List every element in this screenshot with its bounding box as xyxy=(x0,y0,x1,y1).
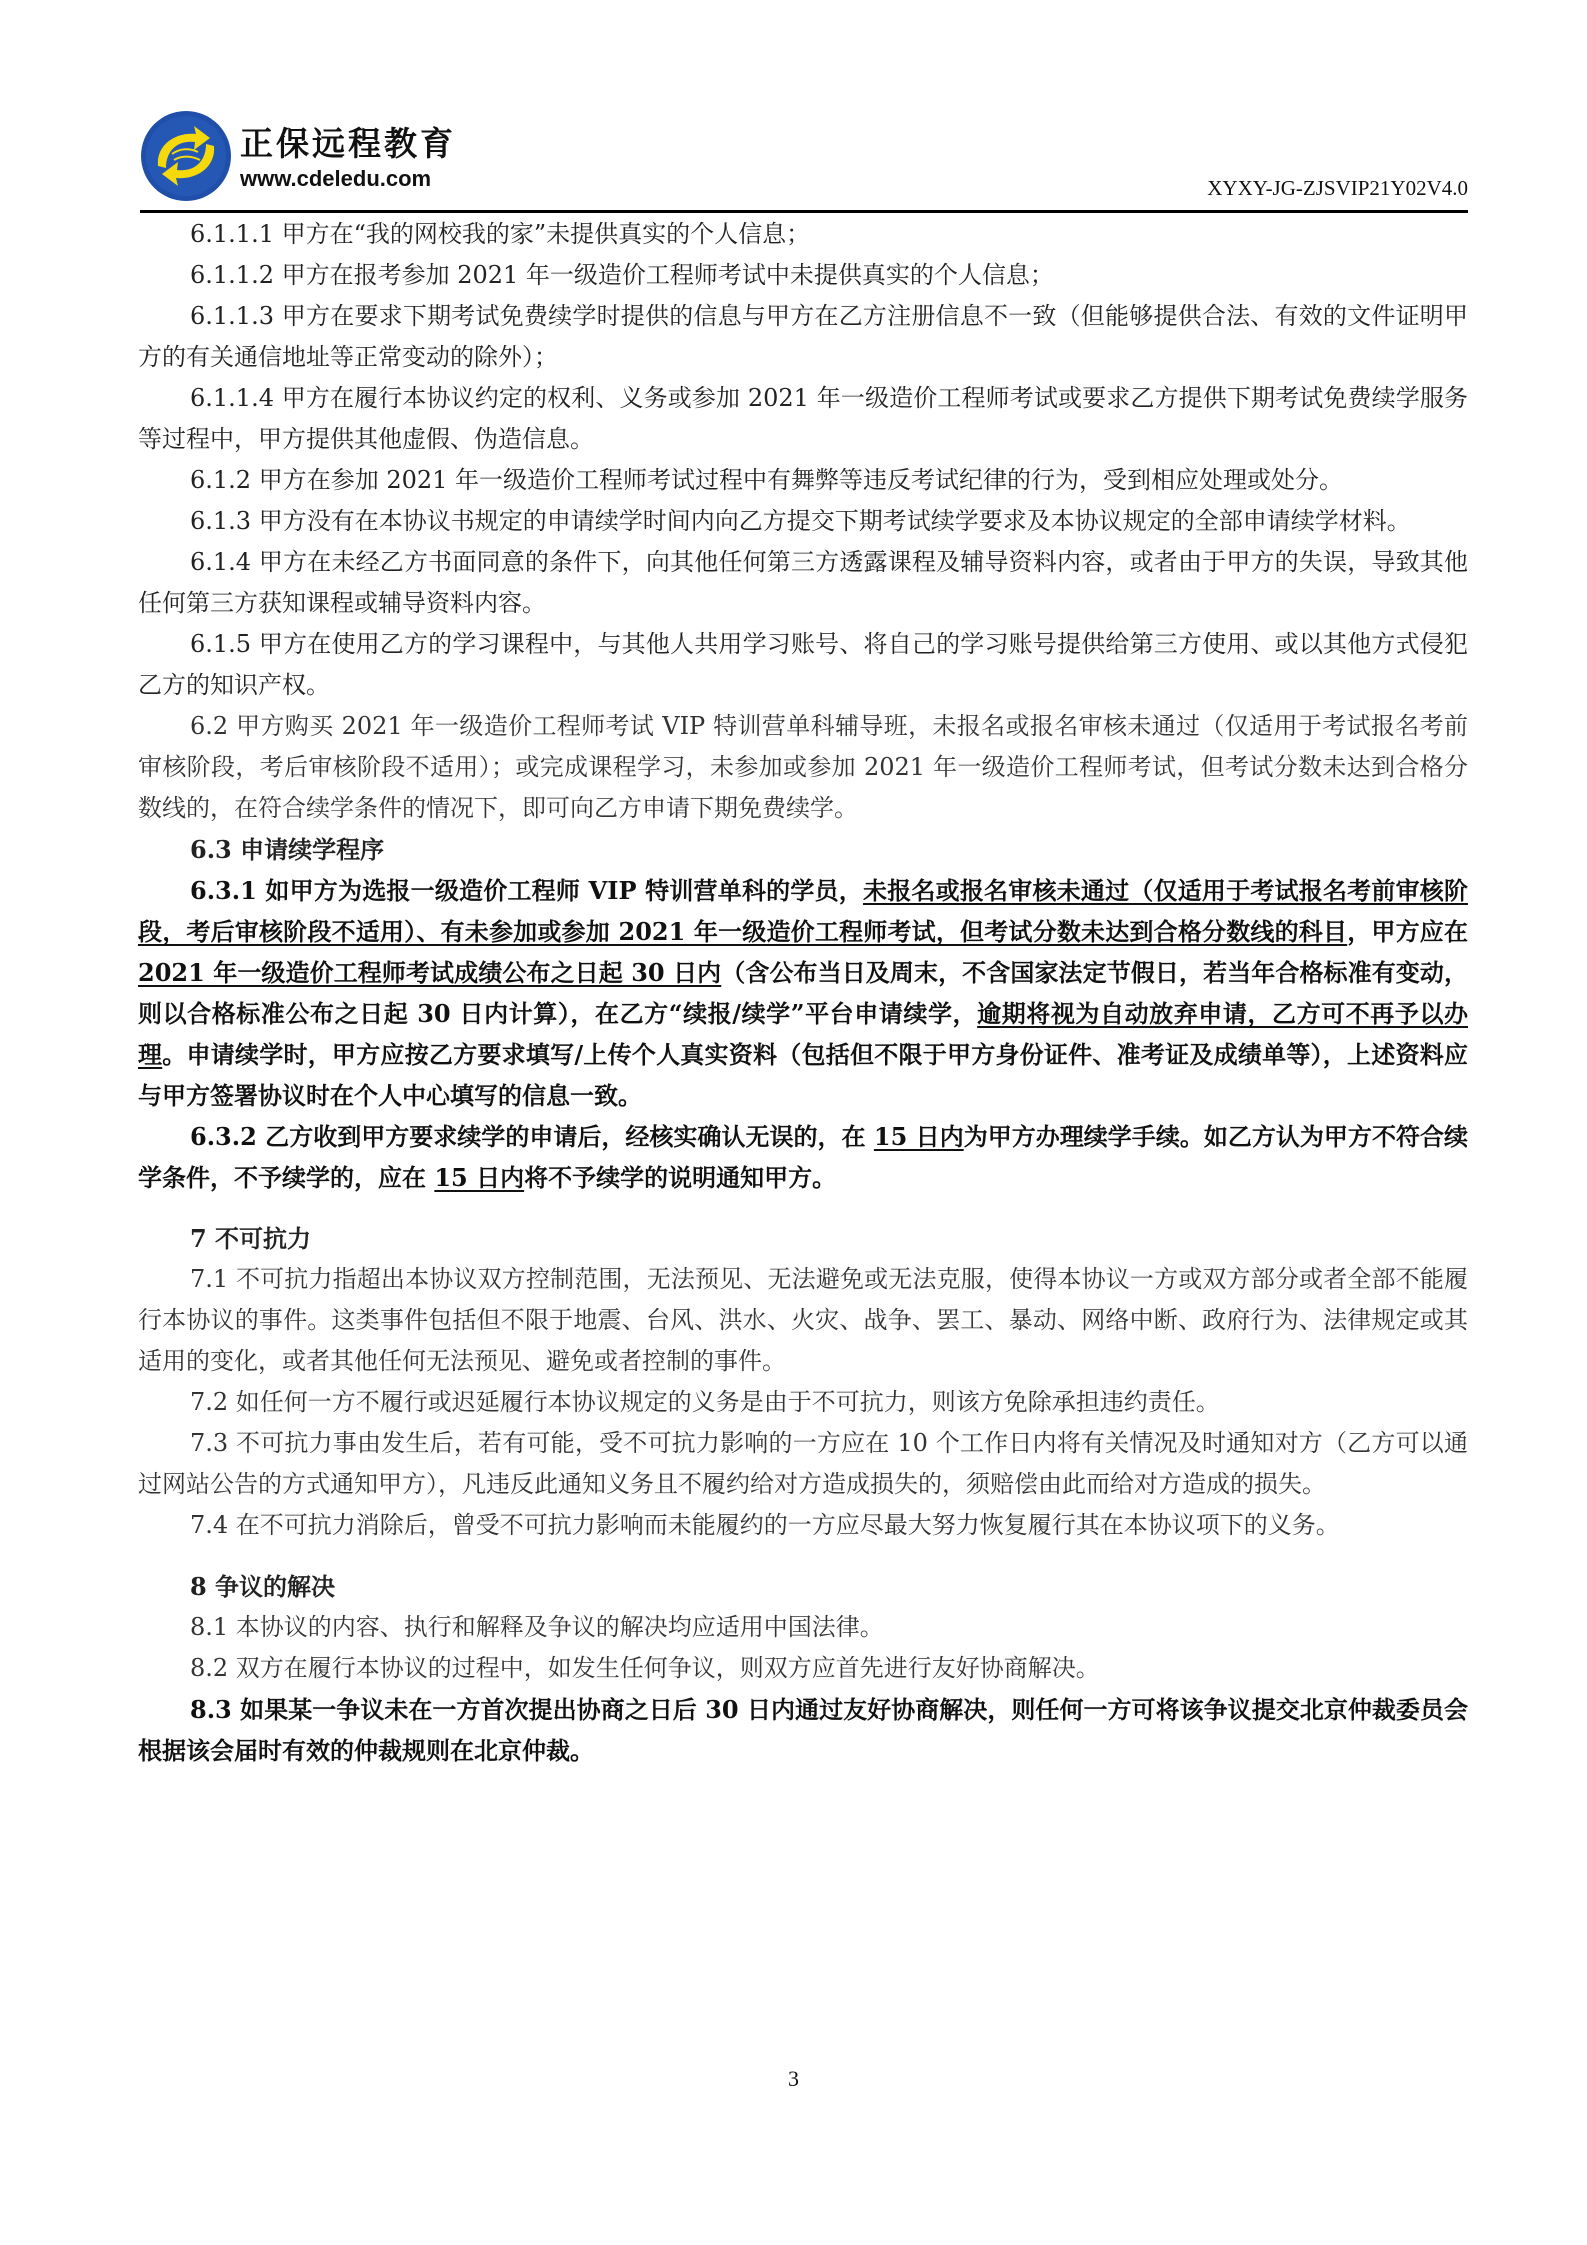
clause-6-1-5: 6.1.5 甲方在使用乙方的学习课程中，与其他人共用学习账号、将自己的学习账号提… xyxy=(138,624,1468,706)
cdel-swirl-logo-icon xyxy=(140,110,232,202)
clause-7-3: 7.3 不可抗力事由发生后，若有可能，受不可抗力影响的一方应在 10 个工作日内… xyxy=(138,1423,1468,1505)
clause-6-1-2: 6.1.2 甲方在参加 2021 年一级造价工程师考试过程中有舞弊等违反考试纪律… xyxy=(138,460,1468,501)
clause-6-3-1-text: 。申请续学时，甲方应按乙方要求填写/上传个人真实资料（包括但不限于甲方身份证件、… xyxy=(138,1040,1468,1110)
clause-7-4: 7.4 在不可抗力消除后，曾受不可抗力影响而未能履约的一方应尽最大努力恢复履行其… xyxy=(138,1505,1468,1546)
clause-8-3: 8.3 如果某一争议未在一方首次提出协商之日后 30 日内通过友好协商解决，则任… xyxy=(138,1689,1468,1771)
clause-7-2: 7.2 如任何一方不履行或迟延履行本协议规定的义务是由于不可抗力，则该方免除承担… xyxy=(138,1382,1468,1423)
document-body: 6.1.1.1 甲方在“我的网校我的家”未提供真实的个人信息； 6.1.1.2 … xyxy=(138,214,1468,1771)
section-heading-7: 7 不可抗力 xyxy=(138,1218,1468,1259)
clause-6-1-1-1: 6.1.1.1 甲方在“我的网校我的家”未提供真实的个人信息； xyxy=(138,214,1468,255)
clause-7-1: 7.1 不可抗力指超出本协议双方控制范围，无法预见、无法避免或无法克服，使得本协… xyxy=(138,1259,1468,1382)
document-page: 正保远程教育 www.cdeledu.com XYXY-JG-ZJSVIP21Y… xyxy=(0,0,1587,2245)
brand-name: 正保远程教育 xyxy=(240,118,456,165)
brand-url: www.cdeledu.com xyxy=(240,166,431,192)
document-code: XYXY-JG-ZJSVIP21Y02V4.0 xyxy=(1207,176,1468,201)
clause-8-1: 8.1 本协议的内容、执行和解释及争议的解决均应适用中国法律。 xyxy=(138,1607,1468,1648)
page-number: 3 xyxy=(0,2066,1587,2092)
clause-6-1-1-3: 6.1.1.3 甲方在要求下期考试免费续学时提供的信息与甲方在乙方注册信息不一致… xyxy=(138,296,1468,378)
clause-6-3-2-text: 6.3.2 乙方收到甲方要求续学的申请后，经核实确认无误的，在 xyxy=(190,1122,874,1151)
clause-6-1-1-4: 6.1.1.4 甲方在履行本协议约定的权利、义务或参加 2021 年一级造价工程… xyxy=(138,378,1468,460)
section-heading-6-3: 6.3 申请续学程序 xyxy=(138,829,1468,870)
header-divider xyxy=(140,210,1468,213)
clause-6-3-1-underlined-deadline: 2021 年一级造价工程师考试成绩公布之日起 30 日内 xyxy=(138,958,721,987)
clause-6-3-2-underlined-days: 15 日内 xyxy=(434,1163,524,1192)
page-header: 正保远程教育 www.cdeledu.com XYXY-JG-ZJSVIP21Y… xyxy=(140,110,1468,210)
clause-6-3-2-underlined-days: 15 日内 xyxy=(874,1122,964,1151)
section-heading-8: 8 争议的解决 xyxy=(138,1566,1468,1607)
clause-6-3-1-text: ，甲方应在 xyxy=(1347,917,1468,946)
clause-6-3-2: 6.3.2 乙方收到甲方要求续学的申请后，经核实确认无误的，在 15 日内为甲方… xyxy=(138,1116,1468,1198)
clause-6-2: 6.2 甲方购买 2021 年一级造价工程师考试 VIP 特训营单科辅导班，未报… xyxy=(138,706,1468,829)
clause-6-3-1: 6.3.1 如甲方为选报一级造价工程师 VIP 特训营单科的学员，未报名或报名审… xyxy=(138,870,1468,1116)
clause-6-1-4: 6.1.4 甲方在未经乙方书面同意的条件下，向其他任何第三方透露课程及辅导资料内… xyxy=(138,542,1468,624)
clause-6-1-1-2: 6.1.1.2 甲方在报考参加 2021 年一级造价工程师考试中未提供真实的个人… xyxy=(138,255,1468,296)
clause-6-3-2-text: 将不予续学的说明通知甲方。 xyxy=(524,1163,836,1192)
clause-6-1-3: 6.1.3 甲方没有在本协议书规定的申请续学时间内向乙方提交下期考试续学要求及本… xyxy=(138,501,1468,542)
clause-8-2: 8.2 双方在履行本协议的过程中，如发生任何争议，则双方应首先进行友好协商解决。 xyxy=(138,1648,1468,1689)
clause-6-3-1-text: 6.3.1 如甲方为选报一级造价工程师 VIP 特训营单科的学员， xyxy=(190,876,863,905)
